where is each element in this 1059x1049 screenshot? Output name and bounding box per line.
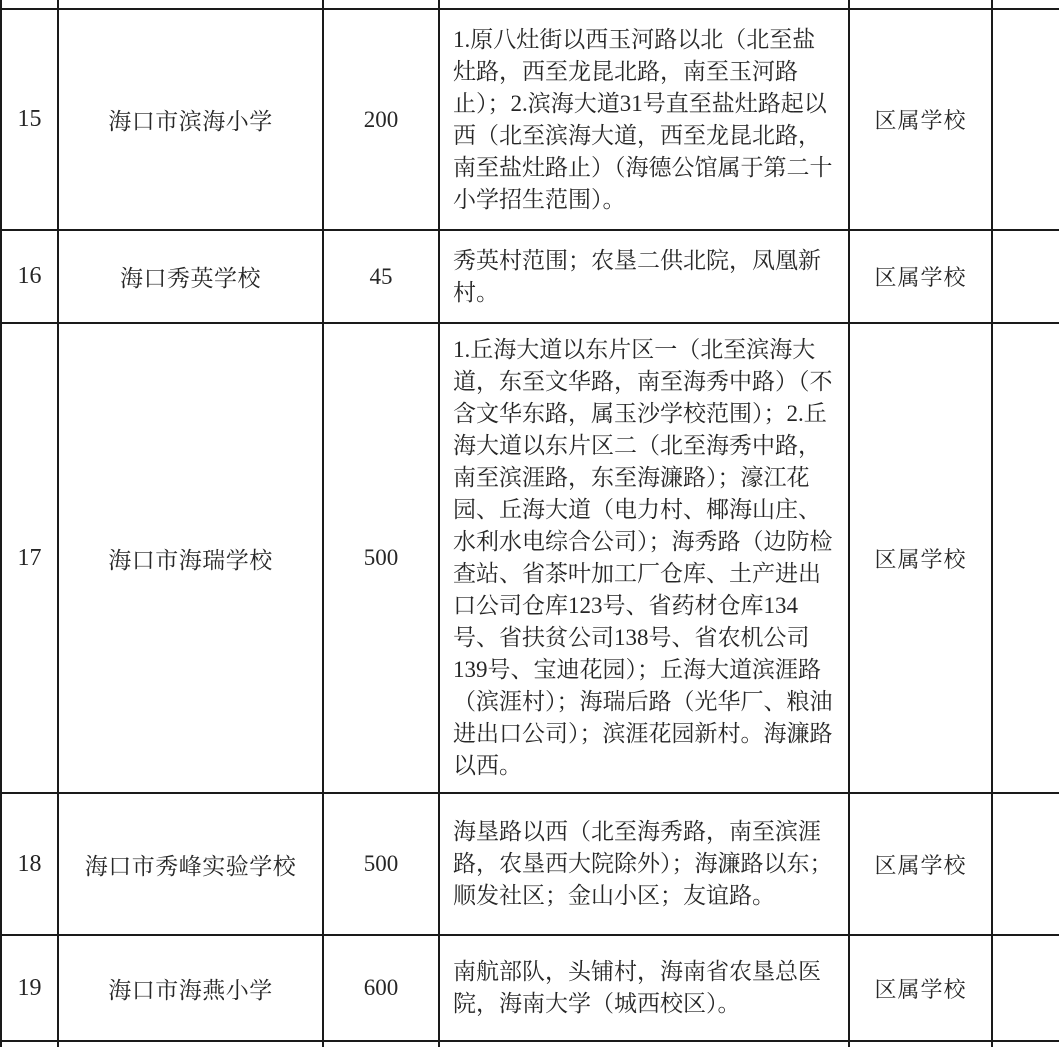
row-index-cell: 15 xyxy=(1,9,58,230)
capacity-cell xyxy=(323,1041,439,1047)
capacity-cell: 600 xyxy=(323,935,439,1041)
row-index-cell: 16 xyxy=(1,230,58,323)
table-row: 18 海口市秀峰实验学校 500 海垦路以西（北至海秀路，南至滨涯路，农垦西大院… xyxy=(1,793,1059,935)
school-name-cell xyxy=(58,0,323,9)
school-name-cell: 海口秀英学校 xyxy=(58,230,323,323)
row-index-cell: 19 xyxy=(1,935,58,1041)
capacity-cell xyxy=(323,0,439,9)
table-row: 15 海口市滨海小学 200 1.原八灶街以西玉河路以北（北至盐灶路，西至龙昆北… xyxy=(1,9,1059,230)
capacity-cell: 500 xyxy=(323,793,439,935)
zone-description-cell: 南航部队，头铺村，海南省农垦总医院，海南大学（城西校区）。 xyxy=(439,935,849,1041)
school-type-cell xyxy=(849,0,992,9)
empty-cell xyxy=(992,323,1059,793)
school-type-cell xyxy=(849,1041,992,1047)
zone-description-cell xyxy=(439,0,849,9)
zone-description-cell: 海垦路以西（北至海秀路，南至滨涯路，农垦西大院除外）；海濂路以东；顺发社区；金山… xyxy=(439,793,849,935)
zone-description-cell: 秀英村范围；农垦二供北院，凤凰新村。 xyxy=(439,230,849,323)
empty-cell xyxy=(992,9,1059,230)
school-name-cell: 海口市滨海小学 xyxy=(58,9,323,230)
empty-cell xyxy=(992,935,1059,1041)
empty-cell xyxy=(992,230,1059,323)
table-row: 19 海口市海燕小学 600 南航部队，头铺村，海南省农垦总医院，海南大学（城西… xyxy=(1,935,1059,1041)
school-type-cell: 区属学校 xyxy=(849,323,992,793)
school-name-cell: 海口市海燕小学 xyxy=(58,935,323,1041)
zone-description-cell xyxy=(439,1041,849,1047)
row-index-cell xyxy=(1,0,58,9)
row-index-cell xyxy=(1,1041,58,1047)
enrollment-table: 15 海口市滨海小学 200 1.原八灶街以西玉河路以北（北至盐灶路，西至龙昆北… xyxy=(0,0,1059,1047)
table-row: 16 海口秀英学校 45 秀英村范围；农垦二供北院，凤凰新村。 区属学校 xyxy=(1,230,1059,323)
table-row-partial-bottom xyxy=(1,1041,1059,1047)
school-type-cell: 区属学校 xyxy=(849,793,992,935)
school-type-cell: 区属学校 xyxy=(849,935,992,1041)
capacity-cell: 45 xyxy=(323,230,439,323)
school-name-cell: 海口市海瑞学校 xyxy=(58,323,323,793)
zone-description-cell: 1.丘海大道以东片区一（北至滨海大道，东至文华路，南至海秀中路）（不含文华东路，… xyxy=(439,323,849,793)
table-row-partial-top xyxy=(1,0,1059,9)
row-index-cell: 17 xyxy=(1,323,58,793)
school-type-cell: 区属学校 xyxy=(849,230,992,323)
capacity-cell: 200 xyxy=(323,9,439,230)
school-type-cell: 区属学校 xyxy=(849,9,992,230)
empty-cell xyxy=(992,0,1059,9)
table-row: 17 海口市海瑞学校 500 1.丘海大道以东片区一（北至滨海大道，东至文华路，… xyxy=(1,323,1059,793)
capacity-cell: 500 xyxy=(323,323,439,793)
zone-description-cell: 1.原八灶街以西玉河路以北（北至盐灶路，西至龙昆北路，南至玉河路止）；2.滨海大… xyxy=(439,9,849,230)
school-name-cell: 海口市秀峰实验学校 xyxy=(58,793,323,935)
empty-cell xyxy=(992,1041,1059,1047)
school-name-cell xyxy=(58,1041,323,1047)
empty-cell xyxy=(992,793,1059,935)
row-index-cell: 18 xyxy=(1,793,58,935)
